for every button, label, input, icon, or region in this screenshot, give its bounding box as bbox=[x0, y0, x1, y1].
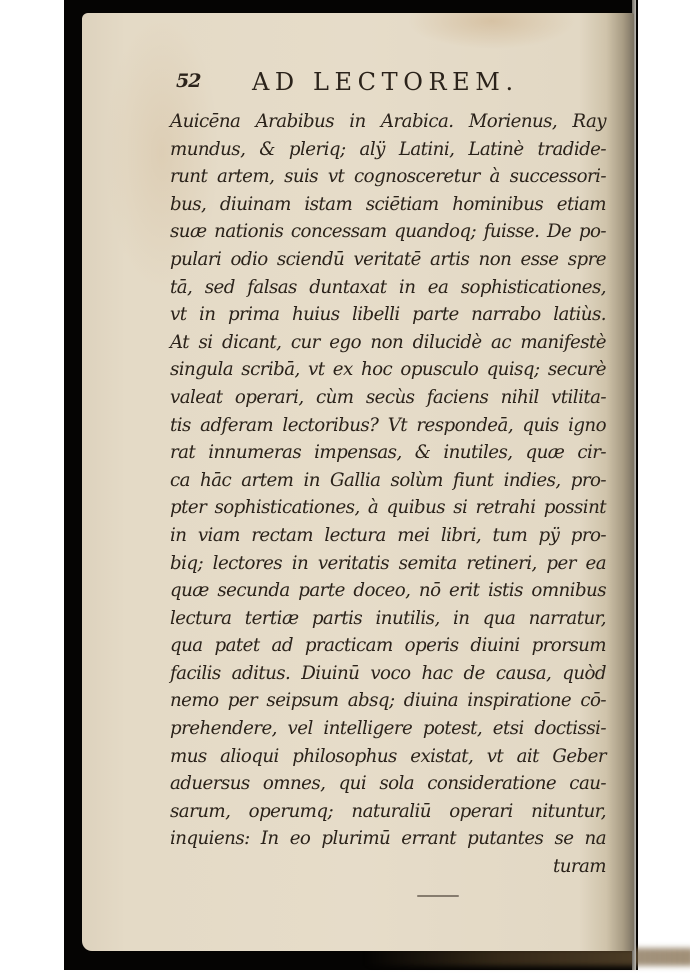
text-line: prehendere, vel intelligere potest, etsi… bbox=[170, 715, 606, 743]
text-line: tā, sed falsas duntaxat in ea sophistica… bbox=[170, 274, 606, 302]
text-line: singula scribā, vt ex hoc opusculo quisq… bbox=[170, 356, 606, 384]
text-line: in viam rectam lectura mei libri, tum pÿ… bbox=[170, 522, 606, 550]
text-line: Auicēna Arabibus in Arabica. Morienus, R… bbox=[170, 108, 606, 136]
text-line: vt in prima huius libelli parte narrabo … bbox=[170, 301, 606, 329]
text-line: valeat operari, cùm secùs faciens nihil … bbox=[170, 384, 606, 412]
text-line: inquiens: In eo plurimū errant putantes … bbox=[170, 825, 606, 853]
text-line: bus, diuinam istam sciētiam hominibus et… bbox=[170, 191, 606, 219]
text-line: pter sophisticationes, à quibus si retra… bbox=[170, 494, 606, 522]
text-line: runt artem, suis vt cognosceretur à succ… bbox=[170, 163, 606, 191]
text-line: lectura tertiæ partis inutilis, in qua n… bbox=[170, 605, 606, 633]
body-text: Auicēna Arabibus in Arabica. Morienus, R… bbox=[170, 108, 606, 881]
text-line: sarum, operumq; naturaliū operari nitunt… bbox=[170, 798, 606, 826]
catchword: turam bbox=[170, 853, 606, 881]
text-line: nemo per seipsum absq; diuina inspiratio… bbox=[170, 687, 606, 715]
text-line: biq; lectores in veritatis semita retine… bbox=[170, 550, 606, 578]
text-line: quæ secunda parte doceo, nō erit istis o… bbox=[170, 577, 606, 605]
text-line: At si dicant, cur ego non dilucidè ac ma… bbox=[170, 329, 606, 357]
text-line: facilis aditus. Diuinū voco hac de causa… bbox=[170, 660, 606, 688]
text-line: rat innumeras impensas, & inutiles, quæ … bbox=[170, 439, 606, 467]
text-line: pulari odio sciendū veritatē artis non e… bbox=[170, 246, 606, 274]
page-number: 52 bbox=[176, 70, 200, 92]
text-line: tis adferam lectoribus? Vt respondeā, qu… bbox=[170, 412, 606, 440]
text-line: aduersus omnes, qui sola consideratione … bbox=[170, 770, 606, 798]
text-line: qua patet ad practicam operis diuini pro… bbox=[170, 632, 606, 660]
book-page: 52 AD LECTOREM. Auicēna Arabibus in Arab… bbox=[82, 13, 634, 951]
text-line: suæ nationis concessam quandoq; fuisse. … bbox=[170, 218, 606, 246]
text-line: mundus, & pleriq; alÿ Latini, Latinè tra… bbox=[170, 136, 606, 164]
running-title: AD LECTOREM. bbox=[252, 68, 519, 96]
ink-smudge bbox=[417, 895, 459, 897]
text-line: mus alioqui philosophus existat, vt ait … bbox=[170, 743, 606, 771]
text-line: ca hāc artem in Gallia solùm fiunt indie… bbox=[170, 467, 606, 495]
